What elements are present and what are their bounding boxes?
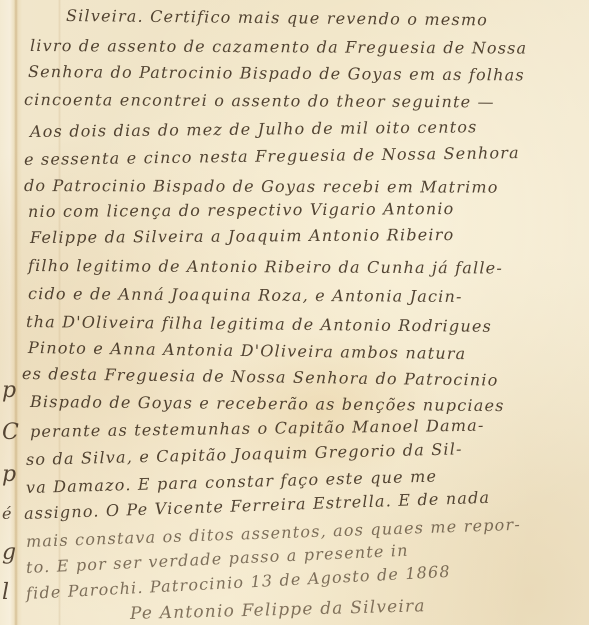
text-line-6: e sessenta e cinco nesta Freguesia de No… [24,143,520,169]
margin-mark-6: l [2,580,9,605]
margin-mark-5: g [2,540,16,565]
text-line-13: Pinoto e Anna Antonia D'Oliveira ambos n… [28,338,467,363]
margin-mark-2: C [2,420,19,445]
text-line-9: Felippe da Silveira a Joaquim Antonio Ri… [30,225,455,247]
margin-mark-3: p [2,462,16,487]
text-line-16: perante as testemunhas o Capitão Manoel … [30,416,485,441]
margin-mark-1: p [2,378,16,403]
text-line-10: filho legitimo de Antonio Ribeiro da Cun… [28,256,503,277]
text-line-5: Aos dois dias do mez de Julho de mil oit… [30,117,478,141]
handwritten-certificate: Silveira. Certifico mais que revendo o m… [0,0,589,625]
signature: Pe Antonio Felippe da Silveira [130,596,426,624]
text-line-4: cincoenta encontrei o assento do theor s… [24,90,495,111]
margin-mark-4: é [2,504,11,523]
text-line-8: nio com licença do respectivo Vigario An… [28,199,455,221]
text-line-7: do Patrocinio Bispado de Goyas recebi em… [24,176,499,197]
text-line-3: Senhora do Patrocinio Bispado de Goyas e… [28,62,525,84]
text-line-14: es desta Freguesia de Nossa Senhora do P… [22,364,499,390]
text-line-2: livro de assento de cazamento da Fregues… [30,36,527,58]
text-line-17: so da Silva, e Capitão Joaquim Gregorio … [26,439,463,469]
text-line-1: Silveira. Certifico mais que revendo o m… [66,6,488,29]
text-line-12: tha D'Oliveira filha legitima de Antonio… [26,312,492,336]
text-line-15: Bispado de Goyas e receberão as benções … [30,392,505,415]
text-line-11: cido e de Anná Joaquina Roza, e Antonia … [28,284,463,306]
